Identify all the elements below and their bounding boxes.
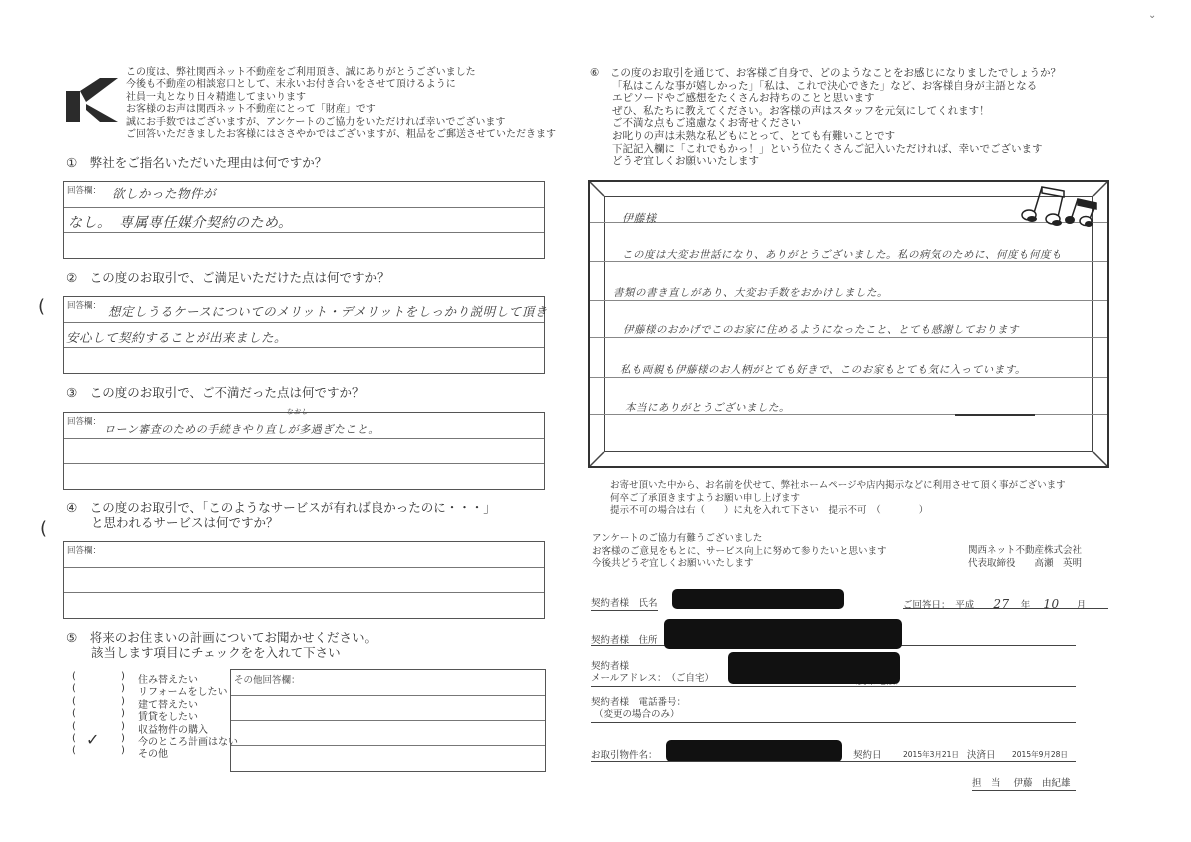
plan-option[interactable]: (✓)その他	[72, 745, 76, 757]
letter-line: 伊藤様のおかげでこのお家に住めるようになったこと、とても感謝しております	[623, 322, 1019, 337]
property-line	[591, 761, 1076, 762]
q3-question: ③ この度のお取引で、ご不満だった点は何ですか？	[66, 385, 364, 400]
plan-option[interactable]: (✓)今のところ計画はない	[72, 733, 76, 745]
answer-label: 回答欄：	[67, 544, 101, 556]
music-notes-icon	[1020, 183, 1104, 233]
redacted-email	[728, 652, 900, 684]
q5-other-answer-box: その他回答欄：	[230, 669, 546, 772]
plan-option[interactable]: (✓)賃貸をしたい	[72, 708, 76, 720]
settlement-date-label: 決済日	[967, 747, 996, 761]
q6-instructions: ⑥ この度のお取引を通じて、お客様ご自身で、どのようなことをお感じになりましたで…	[590, 67, 1061, 168]
checkbox-paren: )	[121, 671, 125, 682]
letter-line: 書類の書き直しがあり、大変お手数をおかけしました。	[613, 285, 888, 300]
plan-option[interactable]: (✓)住み替えたい	[72, 671, 76, 683]
q3-ruby: なおし	[286, 407, 309, 417]
name-label: 契約者様 氏名	[591, 595, 658, 611]
plan-checklist: (✓)住み替えたい(✓)リフォームをしたい(✓)建て替えたい(✓)賃貸をしたい(…	[72, 671, 76, 758]
q4-question: ④ この度のお取引で、「このようなサービスが有れば良かったのに・・・」 と思われ…	[66, 500, 496, 530]
checkbox-paren: (	[72, 721, 76, 732]
q3-answer-box: 回答欄： なおし ローン審査のための手続きやり直しが多過ぎたこと。	[63, 412, 545, 490]
letter-line: この度は大変お世話になり、ありがとうございました。私の病気のために、何度も何度も	[622, 247, 1062, 262]
q1-insert-text: 欲しかった物件が	[112, 184, 216, 202]
publish-notice: お寄せ頂いた中から、お名前を伏せて、弊社ホームページや店内掲示などに利用させて頂…	[610, 480, 1066, 518]
plan-option[interactable]: (✓)収益物件の購入	[72, 721, 76, 733]
q5-question: ⑤ 将来のお住まいの計画についてお聞かせください。 該当します項目にチェックをを…	[66, 630, 377, 660]
answer-year: 27	[993, 597, 1009, 611]
checkbox-paren: )	[121, 745, 125, 756]
margin-mark: (	[38, 296, 45, 317]
checkbox-paren: )	[121, 683, 125, 694]
letter-line: 本当にありがとうございました。	[625, 400, 790, 415]
q2-answer-line: 想定しうるケースについてのメリット・デメリットをしっかり説明して頂き	[108, 302, 548, 320]
property-label: お取引物件名：	[591, 747, 658, 761]
checkbox-paren: (	[72, 745, 76, 756]
option-label: その他	[138, 745, 168, 760]
checkbox-paren: (	[72, 683, 76, 694]
answer-month: 10	[1043, 597, 1059, 611]
contract-date-label: 契約日	[853, 747, 882, 761]
checkbox-paren: (	[72, 708, 76, 719]
corner-mark: ⌄	[1148, 10, 1156, 21]
q4-answer-box: 回答欄：	[63, 541, 545, 619]
plan-option[interactable]: (✓)リフォームをしたい	[72, 683, 76, 695]
q2-answer-box: 回答欄： 想定しうるケースについてのメリット・デメリットをしっかり説明して頂き …	[63, 296, 545, 374]
redacted-address	[664, 619, 902, 649]
signature-stroke	[955, 414, 1035, 416]
answer-date: ご回答日： 平成 27 年 10 月	[903, 593, 1108, 609]
q1-question: ① 弊社をご指名いただいた理由は何ですか？	[66, 155, 327, 170]
email-line	[591, 686, 1076, 687]
checkbox-paren: (	[72, 733, 76, 744]
answer-label: 回答欄：	[67, 415, 101, 427]
company-logo	[66, 78, 118, 122]
q2-answer-line: 安心して契約することが出来ました。	[66, 328, 287, 346]
k-logo-icon	[66, 78, 118, 122]
email-label: 契約者様 メールアドレス： （ご自宅）	[591, 661, 714, 685]
thanks-text: アンケートのご協力有難うございました お客様のご意見をもとに、サービス向上に努め…	[592, 533, 887, 571]
phone-line	[591, 722, 1076, 723]
checkbox-paren: (	[72, 671, 76, 682]
q1-answer-line: なし。 専属専任媒介契約のため。	[68, 212, 292, 232]
q3-answer-line: ローン審査のための手続きやり直しが多過ぎたこと。	[104, 421, 380, 437]
redacted-property	[666, 740, 842, 762]
checkbox-paren: (	[72, 696, 76, 707]
other-answer-label: その他回答欄：	[234, 672, 301, 686]
q2-question: ② この度のお取引で、ご満足いただけた点は何ですか？	[66, 270, 389, 285]
answer-label: 回答欄：	[67, 299, 101, 311]
checkbox-paren: )	[121, 721, 125, 732]
letter-salutation: 伊藤様	[622, 210, 657, 226]
intro-text: この度は、弊社関西ネット不動産をご利用頂き、誠にありがとうございました 今後も不…	[126, 67, 556, 141]
redacted-name	[672, 589, 844, 609]
checkbox-paren: )	[121, 733, 125, 744]
check-mark-icon: ✓	[86, 730, 99, 749]
q1-answer-box: 回答欄： 欲しかった物件が なし。 専属専任媒介契約のため。	[63, 181, 545, 259]
plan-option[interactable]: (✓)建て替えたい	[72, 696, 76, 708]
contract-date: 2015年3月21日	[903, 749, 959, 760]
checkbox-paren: )	[121, 696, 125, 707]
margin-mark: (	[40, 518, 47, 539]
phone-label: 契約者様 電話番号： （変更の場合のみ）	[591, 697, 686, 721]
company-signature: 関西ネット不動産株式会社 代表取締役 高瀬 英明	[968, 545, 1082, 570]
checkbox-paren: )	[121, 708, 125, 719]
address-label: 契約者様 住所	[591, 632, 658, 646]
staff: 担 当 伊藤 由紀雄	[972, 775, 1076, 791]
answer-label: 回答欄：	[67, 184, 101, 196]
letter-line: 私も両親も伊藤様のお人柄がとても好きで、このお家もとても気に入っています。	[620, 362, 1026, 377]
settlement-date: 2015年9月28日	[1012, 749, 1068, 760]
